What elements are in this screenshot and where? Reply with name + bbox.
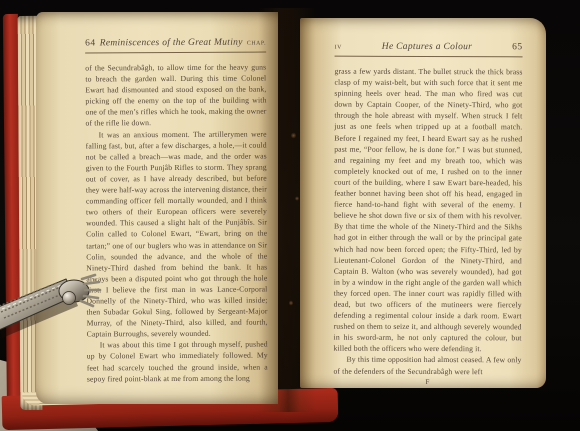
right-page-content: IV He Captures a Colour 65 grass a few y… [333,42,522,386]
right-header-rule [335,56,523,58]
body-paragraph: By this time opposition had almost cease… [333,354,521,377]
body-paragraph: of the Secundrabâgh, to allow time for t… [85,62,266,130]
body-paragraph: It was about this time I got through mys… [87,339,268,384]
left-page-header: 64 Reminiscences of the Great Mutiny CHA… [85,38,266,49]
right-page-number: 65 [512,42,523,52]
right-chapter-label: IV [335,45,342,51]
book-photo: 64 Reminiscences of the Great Mutiny CHA… [0,0,580,431]
foxing-spot [291,132,296,139]
left-header-rule [85,52,266,54]
left-page-body: of the Secundrabâgh, to allow time for t… [85,62,268,385]
right-running-title: He Captures a Colour [342,42,512,53]
left-running-title: Reminiscences of the Great Mutiny [96,38,247,49]
foxing-spot [295,196,299,201]
silver-page-clasp-icon [0,246,102,356]
signature-mark: F [333,377,521,386]
foxing-spot [289,300,293,306]
right-page-body: grass a few yards distant. The bullet st… [333,66,522,377]
right-page-header: IV He Captures a Colour 65 [335,42,523,53]
right-page: IV He Captures a Colour 65 grass a few y… [300,18,546,388]
left-page-content: 64 Reminiscences of the Great Mutiny CHA… [85,38,268,385]
left-page-number: 64 [85,38,96,48]
left-chapter-label: CHAP. [247,41,266,47]
body-paragraph: grass a few yards distant. The bullet st… [334,66,523,355]
body-paragraph: It was an anxious moment. The artillerym… [86,128,268,340]
